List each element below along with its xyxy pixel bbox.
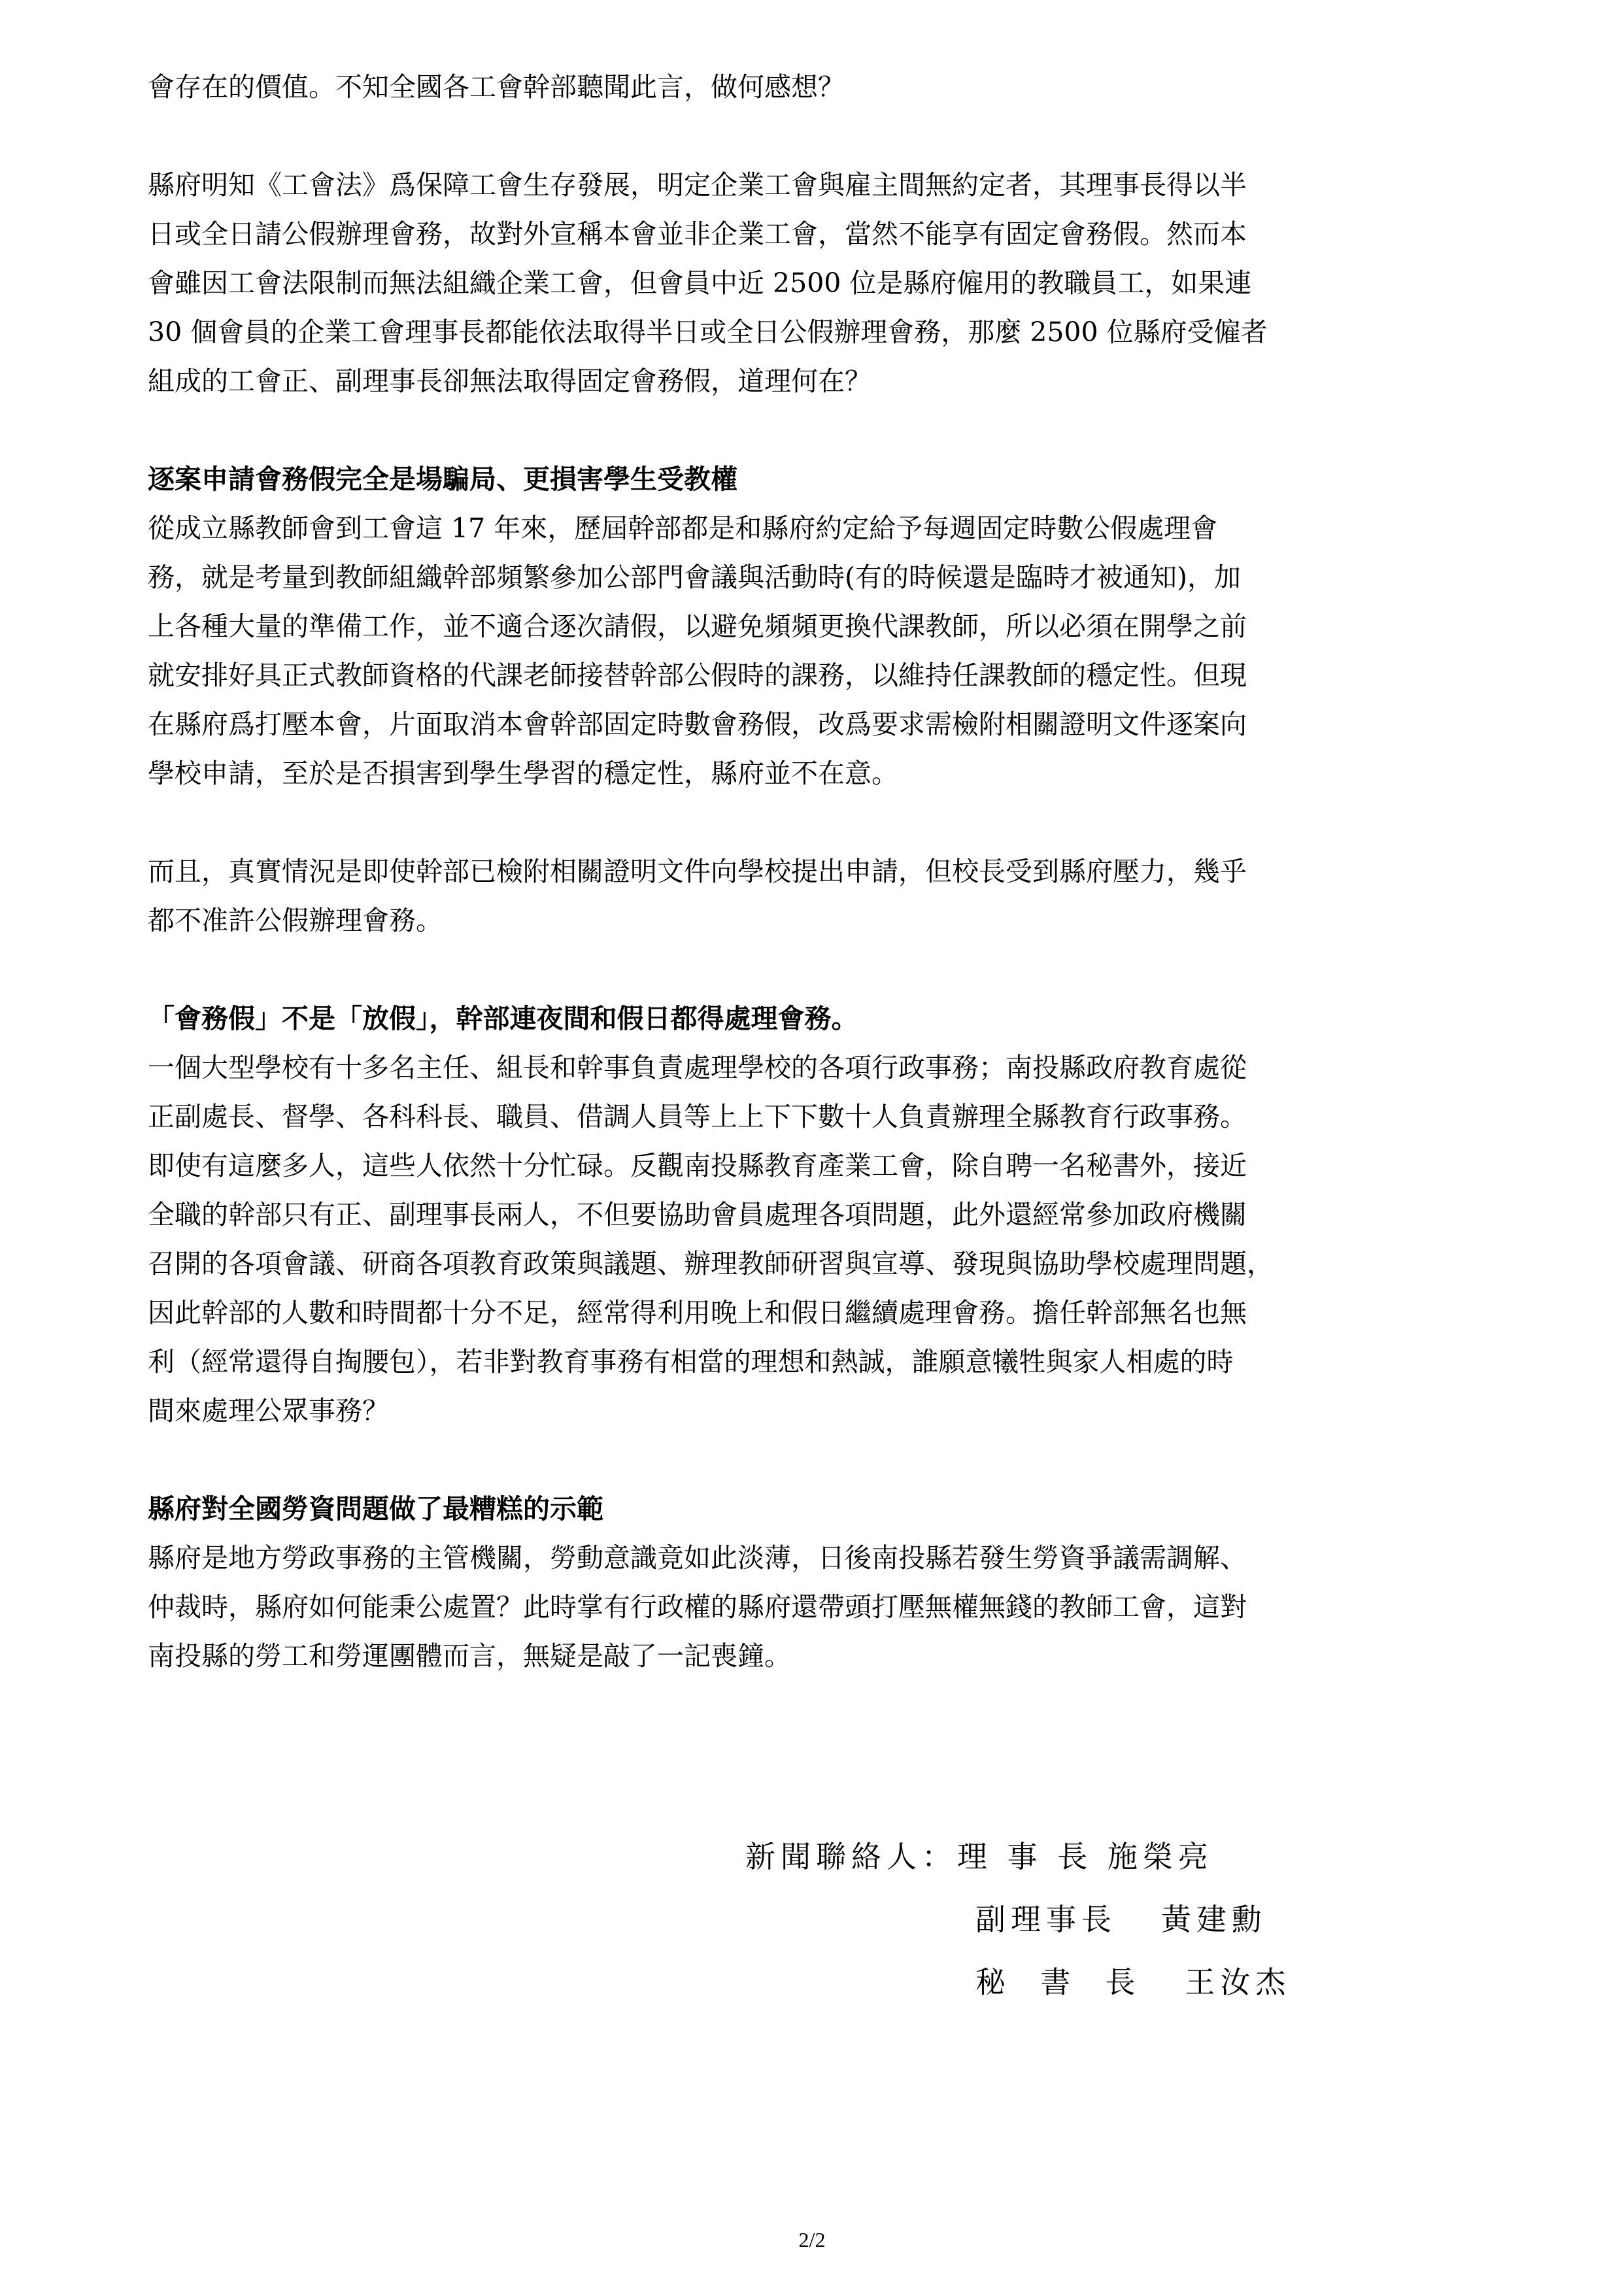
paragraph-gap — [148, 945, 1488, 994]
paragraph-line: 因此幹部的人數和時間都十分不足，經常得利用晚上和假日繼續處理會務。擔任幹部無名也… — [148, 1289, 1488, 1338]
paragraph-line: 務，就是考量到教師組織幹部頻繁參加公部門會議與活動時(有的時候還是臨時才被通知)… — [148, 553, 1488, 602]
paragraph-gap — [148, 406, 1488, 455]
contact-title: 理 事 長 — [957, 1839, 1092, 1874]
paragraph-line: 日或全日請公假辦理會務，故對外宣稱本會並非企業工會，當然不能享有固定會務假。然而… — [148, 210, 1488, 259]
document-body: 會存在的價值。不知全國各工會幹部聽聞此言，做何感想？ 縣府明知《工會法》爲保障工… — [148, 63, 1488, 1681]
paragraph-line: 仲裁時，縣府如何能秉公處置？此時掌有行政權的縣府還帶頭打壓無權無錢的教師工會，這… — [148, 1583, 1488, 1632]
paragraph-reality: 而且，真實情況是即使幹部已檢附相關證明文件向學校提出申請，但校長受到縣府壓力，幾… — [148, 847, 1488, 945]
contacts-label: 新聞聯絡人： — [745, 1839, 957, 1874]
paragraph-line: 會雖因工會法限制而無法組織企業工會，但會員中近 2500 位是縣府僱用的教職員工… — [148, 259, 1488, 308]
paragraph-line: 利（經常還得自掏腰包），若非對教育事務有相當的理想和熱誠，誰願意犧牲與家人相處的… — [148, 1338, 1488, 1387]
paragraph-line: 間來處理公眾事務？ — [148, 1387, 1488, 1436]
contact-title: 秘 書 長 — [975, 1965, 1141, 2000]
paragraph-line: 縣府是地方勞政事務的主管機關，勞動意識竟如此淡薄，日後南投縣若發生勞資爭議需調解… — [148, 1534, 1488, 1583]
paragraph-gap — [148, 1436, 1488, 1485]
paragraph-line: 召開的各項會議、研商各項教育政策與議題、辦理教師研習與宣導、發現與協助學校處理問… — [148, 1240, 1488, 1289]
contact-name: 黃建勳 — [1161, 1902, 1267, 1937]
section-heading: 「會務假」不是「放假」，幹部連夜間和假日都得處理會務。 — [148, 994, 1488, 1043]
paragraph-line: 30 個會員的企業工會理事長都能依法取得半日或全日公假辦理會務，那麼 2500 … — [148, 308, 1488, 357]
paragraph-line: 全職的幹部只有正、副理事長兩人，不但要協助會員處理各項問題，此外還經常參加政府機… — [148, 1190, 1488, 1240]
paragraph-line: 正副處長、督學、各科科長、職員、借調人員等上上下下數十人負責辦理全縣教育行政事務… — [148, 1092, 1488, 1141]
section-bad-example: 縣府對全國勞資問題做了最糟糕的示範 縣府是地方勞政事務的主管機關，勞動意識竟如此… — [148, 1485, 1488, 1681]
contact-row: 新聞聯絡人：理 事 長 施榮亮 — [745, 1825, 1291, 1888]
paragraph-line: 而且，真實情況是即使幹部已檢附相關證明文件向學校提出申請，但校長受到縣府壓力，幾… — [148, 847, 1488, 896]
paragraph-line: 在縣府爲打壓本會，片面取消本會幹部固定時數會務假，改爲要求需檢附相關證明文件逐案… — [148, 700, 1488, 749]
paragraph-line: 一個大型學校有十多名主任、組長和幹事負責處理學校的各項行政事務；南投縣政府教育處… — [148, 1043, 1488, 1092]
paragraph-line: 學校申請，至於是否損害到學生學習的穩定性，縣府並不在意。 — [148, 749, 1488, 798]
paragraph-labor-law: 縣府明知《工會法》爲保障工會生存發展，明定企業工會與雇主間無約定者，其理事長得以… — [148, 161, 1488, 406]
paragraph-line: 縣府明知《工會法》爲保障工會生存發展，明定企業工會與雇主間無約定者，其理事長得以… — [148, 161, 1488, 210]
paragraph-line: 就安排好具正式教師資格的代課老師接替幹部公假時的課務，以維持任課教師的穩定性。但… — [148, 651, 1488, 700]
paragraph-line: 從成立縣教師會到工會這 17 年來，歷屆幹部都是和縣府約定給予每週固定時數公假處… — [148, 504, 1488, 553]
paragraph-line: 組成的工會正、副理事長卻無法取得固定會務假，道理何在？ — [148, 357, 1488, 406]
paragraph-line: 南投縣的勞工和勞運團體而言，無疑是敲了一記喪鐘。 — [148, 1632, 1488, 1681]
paragraph-line: 上各種大量的準備工作，並不適合逐次請假，以避免頻頻更換代課教師，所以必須在開學之… — [148, 602, 1488, 651]
contact-title: 副理事長 — [975, 1902, 1117, 1937]
page-number: 2/2 — [0, 2228, 1624, 2252]
section-heading: 縣府對全國勞資問題做了最糟糕的示範 — [148, 1485, 1488, 1534]
paragraph-gap — [148, 112, 1488, 161]
press-contacts: 新聞聯絡人：理 事 長 施榮亮 副理事長 黃建勳 秘 書 長 王汝杰 — [745, 1825, 1291, 2014]
contact-name: 王汝杰 — [1185, 1965, 1291, 2000]
paragraph-gap — [148, 798, 1488, 847]
paragraph-line: 都不准許公假辦理會務。 — [148, 896, 1488, 945]
contact-row: 秘 書 長 王汝杰 — [745, 1951, 1291, 2014]
section-case-by-case: 逐案申請會務假完全是場騙局、更損害學生受教權 從成立縣教師會到工會這 17 年來… — [148, 455, 1488, 798]
contact-name: 施榮亮 — [1108, 1839, 1213, 1874]
paragraph-line: 即使有這麼多人，這些人依然十分忙碌。反觀南投縣教育產業工會，除自聘一名秘書外，接… — [148, 1141, 1488, 1190]
section-not-vacation: 「會務假」不是「放假」，幹部連夜間和假日都得處理會務。 一個大型學校有十多名主任… — [148, 994, 1488, 1436]
section-heading: 逐案申請會務假完全是場騙局、更損害學生受教權 — [148, 455, 1488, 504]
contact-row: 副理事長 黃建勳 — [745, 1888, 1291, 1951]
paragraph-line: 會存在的價值。不知全國各工會幹部聽聞此言，做何感想？ — [148, 63, 1488, 112]
